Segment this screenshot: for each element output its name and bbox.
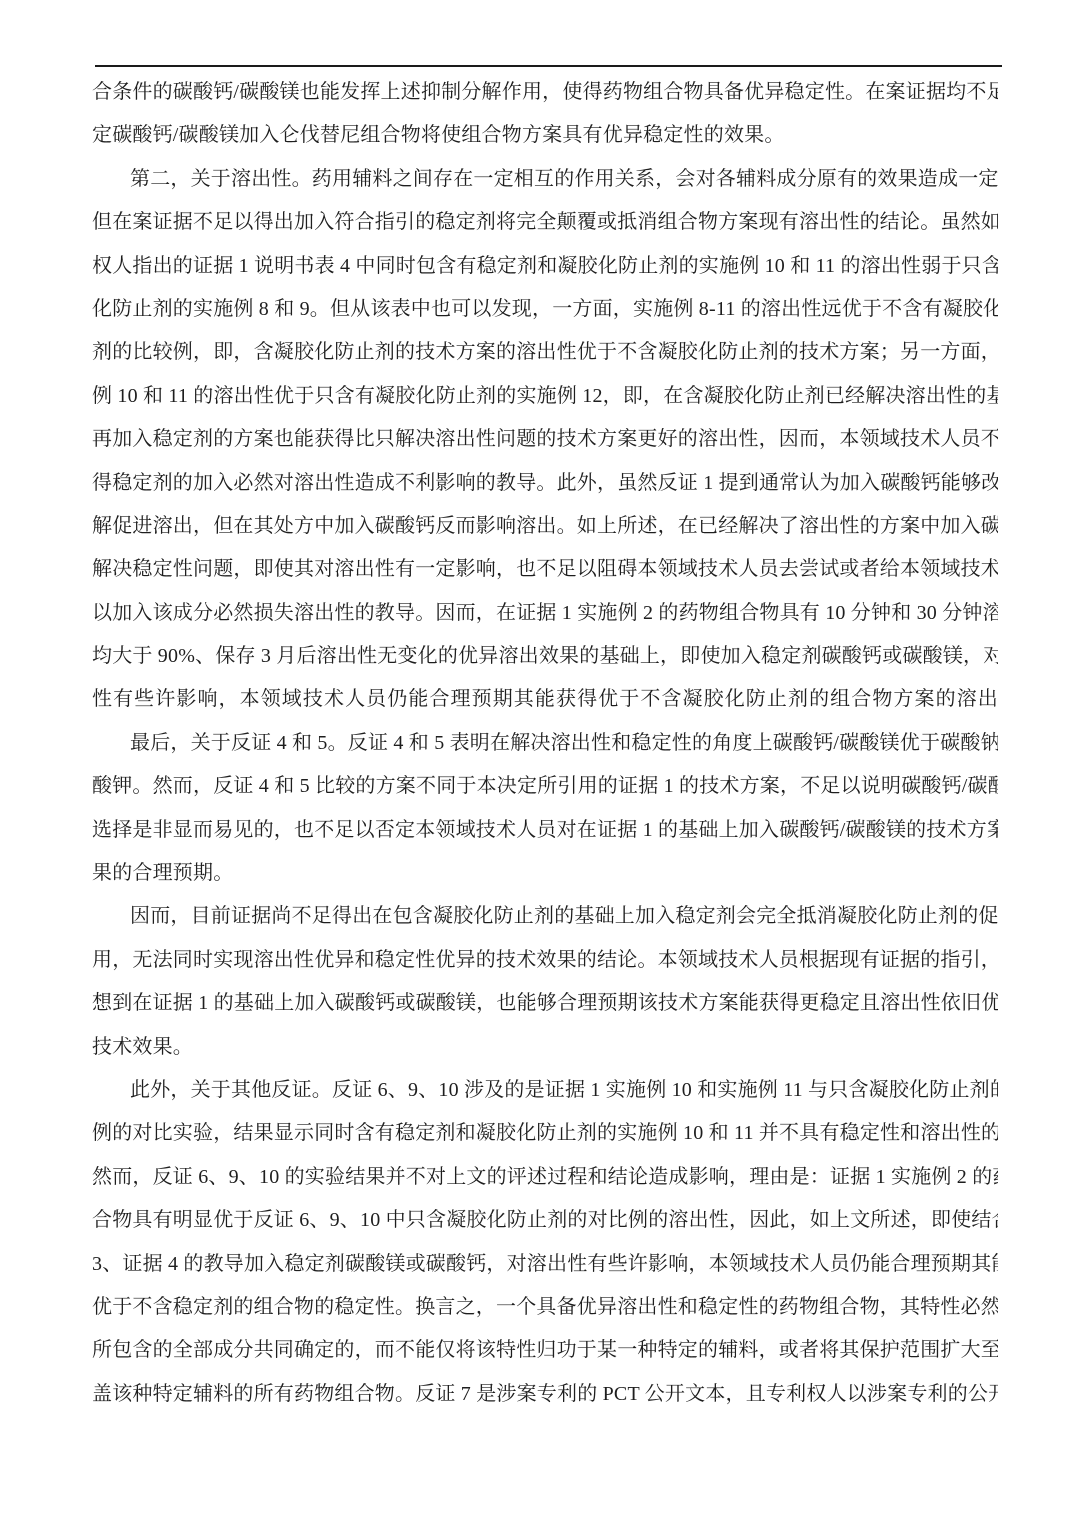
text-line: 果的合理预期。 [92, 852, 998, 895]
text-line: 优于不含稳定剂的组合物的稳定性。换言之，一个具备优异溶出性和稳定性的药物组合物，… [92, 1286, 998, 1329]
text-line: 第二，关于溶出性。药用辅料之间存在一定相互的作用关系，会对各辅料成分原有的效果造… [92, 158, 998, 201]
text-line: 此外，关于其他反证。反证 6、9、10 涉及的是证据 1 实施例 10 和实施例… [92, 1069, 998, 1112]
text-line: 想到在证据 1 的基础上加入碳酸钙或碳酸镁，也能够合理预期该技术方案能获得更稳定… [92, 982, 998, 1025]
text-line: 3、证据 4 的教导加入稳定剂碳酸镁或碳酸钙，对溶出性有些许影响，本领域技术人员… [92, 1243, 998, 1286]
header-rule [95, 65, 1002, 67]
text-line: 用，无法同时实现溶出性优异和稳定性优异的技术效果的结论。本领域技术人员根据现有证… [92, 939, 998, 982]
text-line: 合条件的碳酸钙/碳酸镁也能发挥上述抑制分解作用，使得药物组合物具备优异稳定性。在… [92, 71, 998, 114]
text-line: 定碳酸钙/碳酸镁加入仑伐替尼组合物将使组合物方案具有优异稳定性的效果。 [92, 114, 998, 157]
text-line: 例的对比实验，结果显示同时含有稳定剂和凝胶化防止剂的实施例 10 和 11 并不… [92, 1112, 998, 1155]
text-line: 再加入稳定剂的方案也能获得比只解决溶出性问题的技术方案更好的溶出性，因而，本领域… [92, 418, 998, 461]
text-line: 解决稳定性问题，即使其对溶出性有一定影响，也不足以阻碍本领域技术人员去尝试或者给… [92, 548, 998, 591]
text-line: 所包含的全部成分共同确定的，而不能仅将该特性归功于某一种特定的辅料，或者将其保护… [92, 1329, 998, 1372]
text-line: 盖该种特定辅料的所有药物组合物。反证 7 是涉案专利的 PCT 公开文本，且专利… [92, 1373, 998, 1416]
text-line: 例 10 和 11 的溶出性优于只含有凝胶化防止剂的实施例 12，即，在含凝胶化… [92, 375, 998, 418]
text-line: 性有些许影响，本领域技术人员仍能合理预期其能获得优于不含凝胶化防止剂的组合物方案… [92, 678, 998, 721]
text-line: 解促进溶出，但在其处方中加入碳酸钙反而影响溶出。如上所述，在已经解决了溶出性的方… [92, 505, 998, 548]
text-line: 最后，关于反证 4 和 5。反证 4 和 5 表明在解决溶出性和稳定性的角度上碳… [92, 722, 998, 765]
text-line: 权人指出的证据 1 说明书表 4 中同时包含有稳定剂和凝胶化防止剂的实施例 10… [92, 245, 998, 288]
text-line: 然而，反证 6、9、10 的实验结果并不对上文的评述过程和结论造成影响，理由是：… [92, 1156, 998, 1199]
text-line: 剂的比较例，即，含凝胶化防止剂的技术方案的溶出性优于不含凝胶化防止剂的技术方案；… [92, 331, 998, 374]
text-line: 技术效果。 [92, 1026, 998, 1069]
document-text: 合条件的碳酸钙/碳酸镁也能发挥上述抑制分解作用，使得药物组合物具备优异稳定性。在… [92, 71, 998, 1416]
text-line: 得稳定剂的加入必然对溶出性造成不利影响的教导。此外，虽然反证 1 提到通常认为加… [92, 462, 998, 505]
text-line: 以加入该成分必然损失溶出性的教导。因而，在证据 1 实施例 2 的药物组合物具有… [92, 592, 998, 635]
document-page: 合条件的碳酸钙/碳酸镁也能发挥上述抑制分解作用，使得药物组合物具备优异稳定性。在… [0, 0, 1080, 1527]
text-line: 但在案证据不足以得出加入符合指引的稳定剂将完全颠覆或抵消组合物方案现有溶出性的结… [92, 201, 998, 244]
text-line: 选择是非显而易见的，也不足以否定本领域技术人员对在证据 1 的基础上加入碳酸钙/… [92, 809, 998, 852]
text-line: 因而，目前证据尚不足得出在包含凝胶化防止剂的基础上加入稳定剂会完全抵消凝胶化防止… [92, 895, 998, 938]
text-line: 均大于 90%、保存 3 月后溶出性无变化的优异溶出效果的基础上，即使加入稳定剂… [92, 635, 998, 678]
text-line: 化防止剂的实施例 8 和 9。但从该表中也可以发现，一方面，实施例 8-11 的… [92, 288, 998, 331]
text-line: 合物具有明显优于反证 6、9、10 中只含凝胶化防止剂的对比例的溶出性，因此，如… [92, 1199, 998, 1242]
text-line: 酸钾。然而，反证 4 和 5 比较的方案不同于本决定所引用的证据 1 的技术方案… [92, 765, 998, 808]
